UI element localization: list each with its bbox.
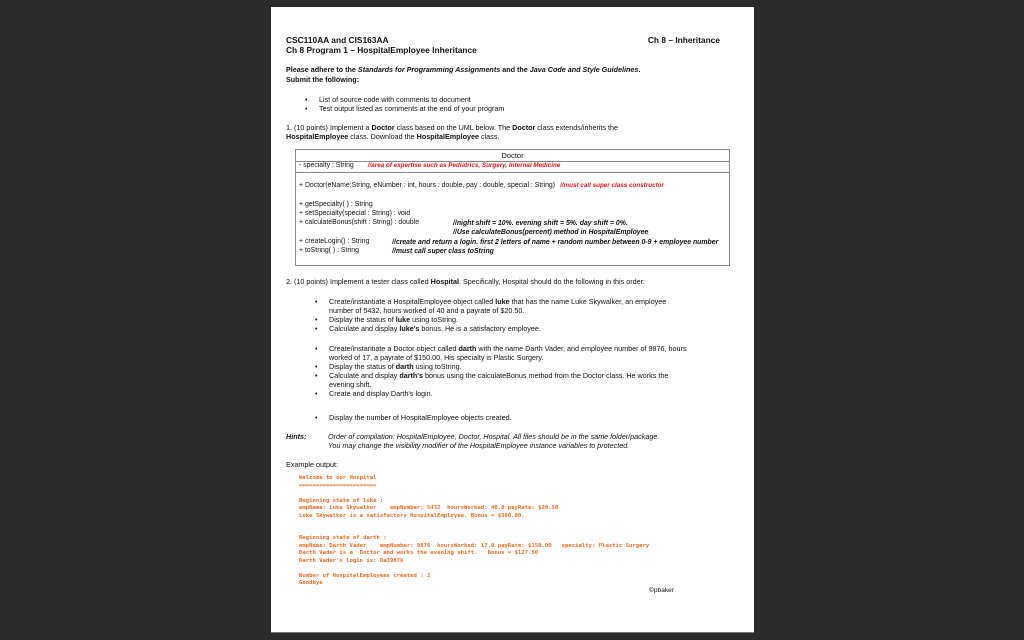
example-output: Welcome to our Hospital=================… (299, 475, 649, 588)
text: with the name Darth Vader, and employee … (476, 344, 686, 353)
intro-line: Please adhere to the Standards for Progr… (286, 65, 640, 75)
method-sig: + setSpecialty(special : String) : void (299, 210, 410, 217)
method-sig: + getSpecialty( ) : String (299, 201, 373, 208)
constructor-comment: //must call super class constructor (560, 182, 664, 189)
text: class. (479, 132, 499, 141)
program-title: Ch 8 Program 1 – HospitalEmployee Inheri… (286, 45, 477, 55)
object-name: darth (396, 362, 414, 371)
text: bonus. He is a satisfactory employee. (419, 324, 540, 333)
text: that has the name Luke Skywalker, an emp… (510, 297, 667, 306)
uml-diagram: Doctor - specialty : String//area of exp… (295, 149, 730, 266)
uml-method: + setSpecialty(special : String) : void (299, 210, 410, 217)
output-line: Number of HospitalEmployees created : 2 (299, 573, 649, 581)
hospital-class-name: Hospital (431, 277, 459, 286)
task-line: Create and display Darth's login. (329, 389, 433, 399)
output-line: Darth Vader is a Doctor and works the ev… (299, 550, 649, 558)
intro-post: . (638, 65, 640, 74)
guidelines-text: Java Code and Style Guidelines (530, 65, 639, 74)
object-name: luke (495, 297, 509, 306)
attribute-sig: - specialty : String (299, 162, 354, 169)
method-comment: //Use calculateBonus(percent) method in … (453, 229, 648, 236)
text: . Specifically, Hospital should do the f… (459, 277, 645, 286)
method-sig: + toString( ) : String (299, 247, 359, 254)
example-output-label: Example output: (286, 460, 338, 470)
text: Calculate and display (329, 371, 399, 380)
attribute-comment: //area of expertise such as Pediatrics, … (368, 162, 561, 169)
uml-method: + getSpecialty( ) : String (299, 201, 373, 208)
text: class. Download the (348, 132, 416, 141)
submit-label: Submit the following: (286, 75, 359, 85)
text: Display the status of (329, 362, 396, 371)
output-line (299, 565, 649, 573)
intro-mid: and the (500, 65, 530, 74)
text: worked of 17, a payrate of $150.00. His … (329, 353, 543, 362)
output-line (299, 528, 649, 536)
object-name: luke's (399, 324, 419, 333)
text: using toString. (414, 362, 462, 371)
method-sig: + createLogin() : String (299, 238, 369, 245)
text: Create/instantiate a HospitalEmployee ob… (329, 297, 495, 306)
object-name: darth's (399, 371, 423, 380)
output-line: empName: Darth Vader empNumber: 9876 hou… (299, 543, 649, 551)
text: class based on the UML below. The (395, 123, 512, 132)
task-line: Calculate and display darth's bonus usin… (329, 371, 668, 381)
part2-intro: 2. (10 points) Implement a tester class … (286, 277, 645, 287)
standards-link-text: Standards for Programming Assignments (358, 65, 500, 74)
constructor-sig: + Doctor(eName:String, eNumber : int, ho… (299, 182, 555, 189)
method-comment: //must call super class toString (392, 248, 494, 255)
text: bonus using the calculateBonus method fr… (423, 371, 668, 380)
hospital-employee-class-name: HospitalEmployee (417, 132, 479, 141)
text: 1. (10 points) Implement a (286, 123, 372, 132)
method-sig: + calculateBonus(shift : String) : doubl… (299, 219, 419, 226)
object-name: luke (396, 315, 410, 324)
hints-label: Hints: (286, 432, 306, 442)
text: number of 5432, hours worked of 40 and a… (329, 306, 524, 315)
doctor-class-name: Doctor (372, 123, 395, 132)
uml-attribute: - specialty : String//area of expertise … (299, 162, 560, 169)
task-line: Calculate and display luke's bonus. He i… (329, 324, 541, 334)
copyright: ©pbaker (649, 587, 674, 594)
chapter-tag: Ch 8 – Inheritance (648, 35, 720, 45)
output-line (299, 520, 649, 528)
output-line: ======================= (299, 483, 649, 491)
output-line: empName: Luke Skywalker empNumber: 5432 … (299, 505, 649, 513)
text: using toString. (410, 315, 458, 324)
intro-pre: Please adhere to the (286, 65, 358, 74)
output-line: Darth Vader's login is: Da39876 (299, 558, 649, 566)
uml-method: + createLogin() : String (299, 238, 369, 245)
text: 2. (10 points) Implement a tester class … (286, 277, 431, 286)
uml-method: + calculateBonus(shift : String) : doubl… (299, 219, 419, 226)
doctor-class-name: Doctor (512, 123, 535, 132)
output-line: Beginning state of darth : (299, 535, 649, 543)
hospital-employee-class-name: HospitalEmployee (286, 132, 348, 141)
text: Calculate and display (329, 324, 399, 333)
document-page: CSC110AA and CIS163AA Ch 8 – Inheritance… (271, 7, 754, 632)
count-task: Display the number of HospitalEmployee o… (329, 413, 512, 423)
output-line: Goodbye (299, 580, 649, 588)
output-line: Luke Skywalker is a satisfactory Hospita… (299, 513, 649, 521)
method-comment: //create and return a login. first 2 let… (392, 239, 718, 246)
course-title: CSC110AA and CIS163AA (286, 35, 389, 45)
text: Create/instantiate a Doctor object calle… (329, 344, 458, 353)
object-name: darth (458, 344, 476, 353)
part1-line2: HospitalEmployee class. Download the Hos… (286, 132, 499, 142)
output-line (299, 490, 649, 498)
hints-line2: You may change the visibility modifier o… (328, 441, 629, 451)
text: Display the status of (329, 315, 396, 324)
method-comment: //night shift = 10%. evening shift = 5%.… (453, 220, 628, 227)
submit-item: Test output listed as comments at the en… (319, 104, 504, 114)
output-line: Welcome to our Hospital (299, 475, 649, 483)
text: Create and display Darth's login. (329, 389, 433, 398)
output-line: Beginning state of luke : (299, 498, 649, 506)
uml-method: + toString( ) : String (299, 247, 359, 254)
uml-constructor: + Doctor(eName:String, eNumber : int, ho… (299, 182, 664, 189)
text: class extends/inherits the (535, 123, 618, 132)
text: evening shift. (329, 380, 371, 389)
uml-attributes: - specialty : String//area of expertise … (296, 161, 729, 173)
